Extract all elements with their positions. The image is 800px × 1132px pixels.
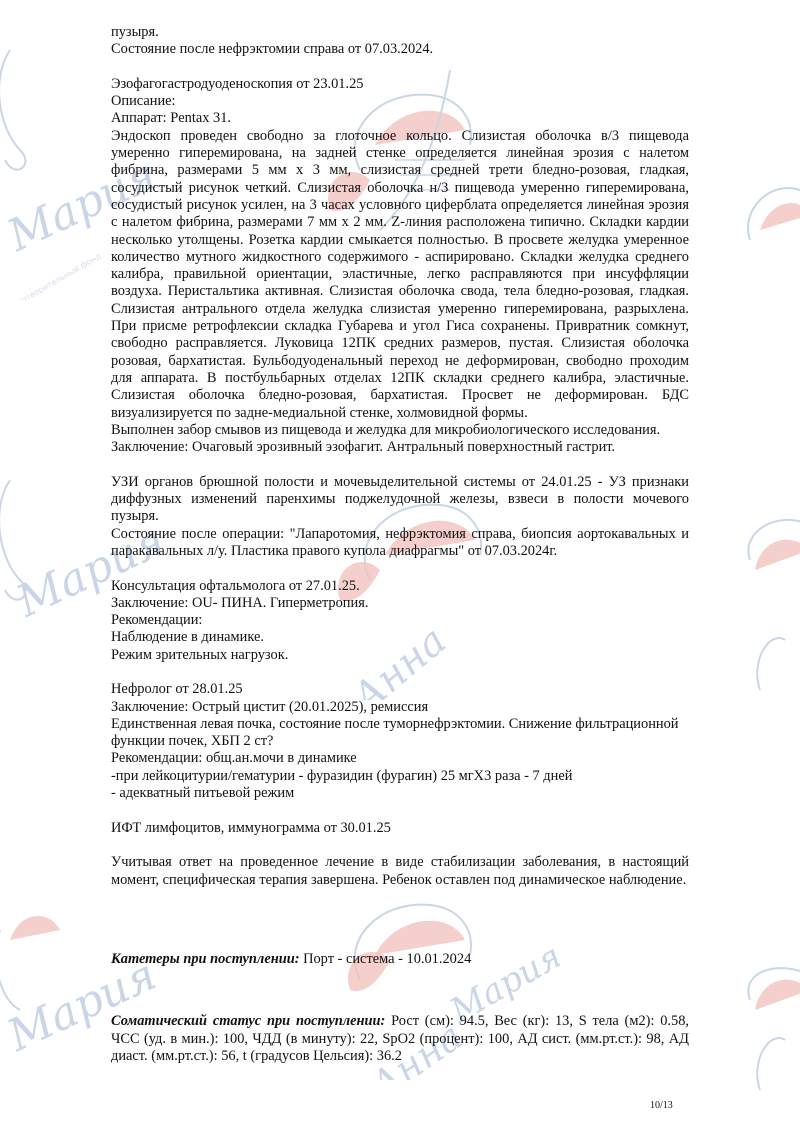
egds-device: Аппарат: Pentax 31. bbox=[111, 110, 689, 127]
egds-sampling: Выполнен забор смывов из пищевода и желу… bbox=[111, 422, 689, 439]
nephrology-details: Единственная левая почка, состояние посл… bbox=[111, 716, 689, 751]
ophthalmology-title: Консультация офтальмолога от 27.01.25. bbox=[111, 578, 689, 595]
ultrasound-post-op: Состояние после операции: "Лапаротомия, … bbox=[111, 526, 689, 561]
intro-line-2: Состояние после нефрэктомии справа от 07… bbox=[111, 41, 689, 58]
nephrology-conclusion: Заключение: Острый цистит (20.01.2025), … bbox=[111, 699, 689, 716]
catheters-value: Порт - система - 10.01.2024 bbox=[300, 951, 472, 967]
ophthalmology-rec-1: Наблюдение в динамике. bbox=[111, 629, 689, 646]
egds-section: Эзофагогастродуоденоскопия от 23.01.25 О… bbox=[111, 76, 689, 457]
svg-text:благотворительный фонд: благотворительный фонд bbox=[3, 251, 103, 300]
egds-body: Эндоскоп проведен свободно за глоточное … bbox=[111, 128, 689, 422]
document-body: пузыря. Состояние после нефрэктомии спра… bbox=[111, 24, 689, 1065]
immunology-title: ИФТ лимфоцитов, иммунограмма от 30.01.25 bbox=[111, 820, 689, 837]
ultrasound-section: УЗИ органов брюшной полости и мочевыдели… bbox=[111, 474, 689, 560]
foundation-logo-watermark-right bbox=[730, 160, 800, 280]
egds-description-label: Описание: bbox=[111, 93, 689, 110]
egds-title: Эзофагогастродуоденоскопия от 23.01.25 bbox=[111, 76, 689, 93]
foundation-logo-watermark-right-mid bbox=[740, 500, 800, 700]
ophthalmology-section: Консультация офтальмолога от 27.01.25. З… bbox=[111, 578, 689, 664]
foundation-logo-watermark-right-bottom bbox=[740, 960, 800, 1100]
ophthalmology-rec-2: Режим зрительных нагрузок. bbox=[111, 647, 689, 664]
nephrology-rec-1: -при лейкоцитурии/гематурии - фуразидин … bbox=[111, 768, 689, 785]
nephrology-title: Нефролог от 28.01.25 bbox=[111, 681, 689, 698]
ophthalmology-recommendations-label: Рекомендации: bbox=[111, 612, 689, 629]
ophthalmology-conclusion: Заключение: OU- ПИНА. Гиперметропия. bbox=[111, 595, 689, 612]
nephrology-rec-2: - адекватный питьевой режим bbox=[111, 785, 689, 802]
catheters-label: Катетеры при поступлении: bbox=[111, 951, 300, 967]
page-number: 10/13 bbox=[650, 1100, 673, 1111]
somatic-status: Соматический статус при поступлении: Рос… bbox=[111, 1013, 689, 1065]
egds-conclusion: Заключение: Очаговый эрозивный эзофагит.… bbox=[111, 439, 689, 456]
intro-line-1: пузыря. bbox=[111, 24, 689, 41]
document-page: Мария благотворительный фонд Мария Анна … bbox=[0, 0, 800, 1132]
somatic-label: Соматический статус при поступлении: bbox=[111, 1013, 385, 1029]
ultrasound-body: УЗИ органов брюшной полости и мочевыдели… bbox=[111, 474, 689, 526]
catheters-line: Катетеры при поступлении: Порт - система… bbox=[111, 951, 689, 968]
summary-paragraph: Учитывая ответ на проведенное лечение в … bbox=[111, 854, 689, 889]
nephrology-recommendations: Рекомендации: общ.ан.мочи в динамике bbox=[111, 750, 689, 767]
nephrology-section: Нефролог от 28.01.25 Заключение: Острый … bbox=[111, 681, 689, 802]
